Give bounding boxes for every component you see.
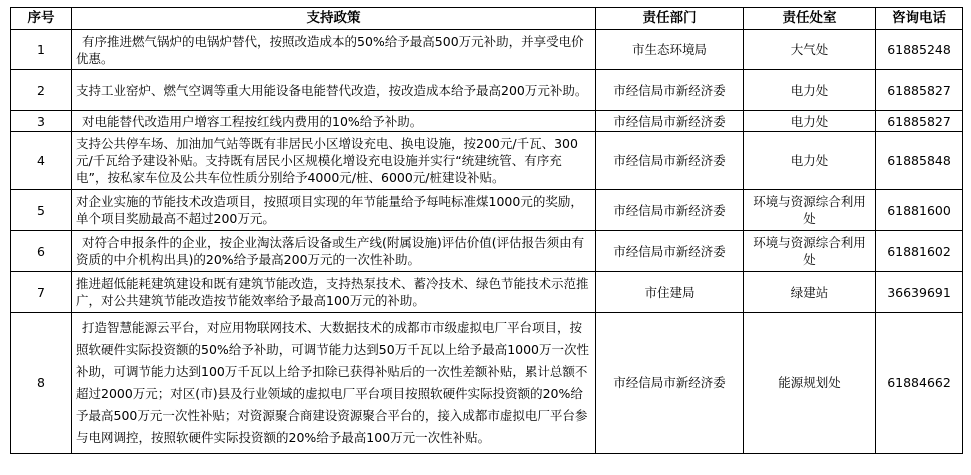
row-phone: 61885827 xyxy=(876,70,963,111)
row-office: 电力处 xyxy=(744,70,876,111)
row-office: 大气处 xyxy=(744,30,876,70)
row-office: 绿建站 xyxy=(744,272,876,313)
header-num: 序号 xyxy=(11,8,72,30)
row-policy: 支持公共停车场、加油加气站等既有非居民小区增设充电、换电设施，按200元/千瓦、… xyxy=(72,132,596,190)
row-num: 8 xyxy=(11,313,72,454)
row-office: 环境与资源综合利用处 xyxy=(744,231,876,272)
row-policy: 支持工业窑炉、燃气空调等重大用能设备电能替代改造，按改造成本给予最高200万元补… xyxy=(72,70,596,111)
row-dept: 市生态环境局 xyxy=(596,30,744,70)
row-num: 4 xyxy=(11,132,72,190)
row-dept: 市经信局市新经济委 xyxy=(596,111,744,132)
row-policy: 对电能替代改造用户增容工程按红线内费用的10%给予补助。 xyxy=(72,111,596,132)
header-row: 序号 支持政策 责任部门 责任处室 咨询电话 xyxy=(11,8,963,30)
policy-table: 序号 支持政策 责任部门 责任处室 咨询电话 1 有序推进燃气锅炉的电锅炉替代，… xyxy=(10,7,963,454)
table-row: 7 推进超低能耗建筑建设和既有建筑节能改造，支持热泵技术、蓄冷技术、绿色节能技术… xyxy=(11,272,963,313)
row-policy: 推进超低能耗建筑建设和既有建筑节能改造，支持热泵技术、蓄冷技术、绿色节能技术示范… xyxy=(72,272,596,313)
header-policy: 支持政策 xyxy=(72,8,596,30)
table-row: 8 打造智慧能源云平台，对应用物联网技术、大数据技术的成都市市级虚拟电厂平台项目… xyxy=(11,313,963,454)
row-office: 电力处 xyxy=(744,132,876,190)
row-num: 6 xyxy=(11,231,72,272)
row-phone: 61881600 xyxy=(876,190,963,231)
row-num: 5 xyxy=(11,190,72,231)
row-dept: 市经信局市新经济委 xyxy=(596,313,744,454)
table-row: 1 有序推进燃气锅炉的电锅炉替代，按照改造成本的50%给予最高500万元补助，并… xyxy=(11,30,963,70)
row-policy: 打造智慧能源云平台，对应用物联网技术、大数据技术的成都市市级虚拟电厂平台项目，按… xyxy=(72,313,596,454)
row-policy: 对符合申报条件的企业，按企业淘汰落后设备或生产线(附属设施)评估价值(评估报告须… xyxy=(72,231,596,272)
row-num: 2 xyxy=(11,70,72,111)
row-phone: 61885827 xyxy=(876,111,963,132)
table-row: 6 对符合申报条件的企业，按企业淘汰落后设备或生产线(附属设施)评估价值(评估报… xyxy=(11,231,963,272)
header-dept: 责任部门 xyxy=(596,8,744,30)
row-dept: 市经信局市新经济委 xyxy=(596,132,744,190)
row-office: 环境与资源综合利用处 xyxy=(744,190,876,231)
table-row: 4 支持公共停车场、加油加气站等既有非居民小区增设充电、换电设施，按200元/千… xyxy=(11,132,963,190)
table-row: 3 对电能替代改造用户增容工程按红线内费用的10%给予补助。 市经信局市新经济委… xyxy=(11,111,963,132)
row-dept: 市住建局 xyxy=(596,272,744,313)
row-num: 1 xyxy=(11,30,72,70)
row-office: 能源规划处 xyxy=(744,313,876,454)
row-num: 3 xyxy=(11,111,72,132)
row-policy: 有序推进燃气锅炉的电锅炉替代，按照改造成本的50%给予最高500万元补助，并享受… xyxy=(72,30,596,70)
row-num: 7 xyxy=(11,272,72,313)
table-row: 2 支持工业窑炉、燃气空调等重大用能设备电能替代改造，按改造成本给予最高200万… xyxy=(11,70,963,111)
row-policy: 对企业实施的节能技术改造项目，按照项目实现的年节能量给予每吨标准煤1000元的奖… xyxy=(72,190,596,231)
header-phone: 咨询电话 xyxy=(876,8,963,30)
table-row: 5 对企业实施的节能技术改造项目，按照项目实现的年节能量给予每吨标准煤1000元… xyxy=(11,190,963,231)
row-office: 电力处 xyxy=(744,111,876,132)
row-phone: 61884662 xyxy=(876,313,963,454)
row-phone: 61885248 xyxy=(876,30,963,70)
row-dept: 市经信局市新经济委 xyxy=(596,190,744,231)
row-phone: 61885848 xyxy=(876,132,963,190)
row-phone: 61881602 xyxy=(876,231,963,272)
row-dept: 市经信局市新经济委 xyxy=(596,231,744,272)
row-phone: 36639691 xyxy=(876,272,963,313)
row-dept: 市经信局市新经济委 xyxy=(596,70,744,111)
header-office: 责任处室 xyxy=(744,8,876,30)
